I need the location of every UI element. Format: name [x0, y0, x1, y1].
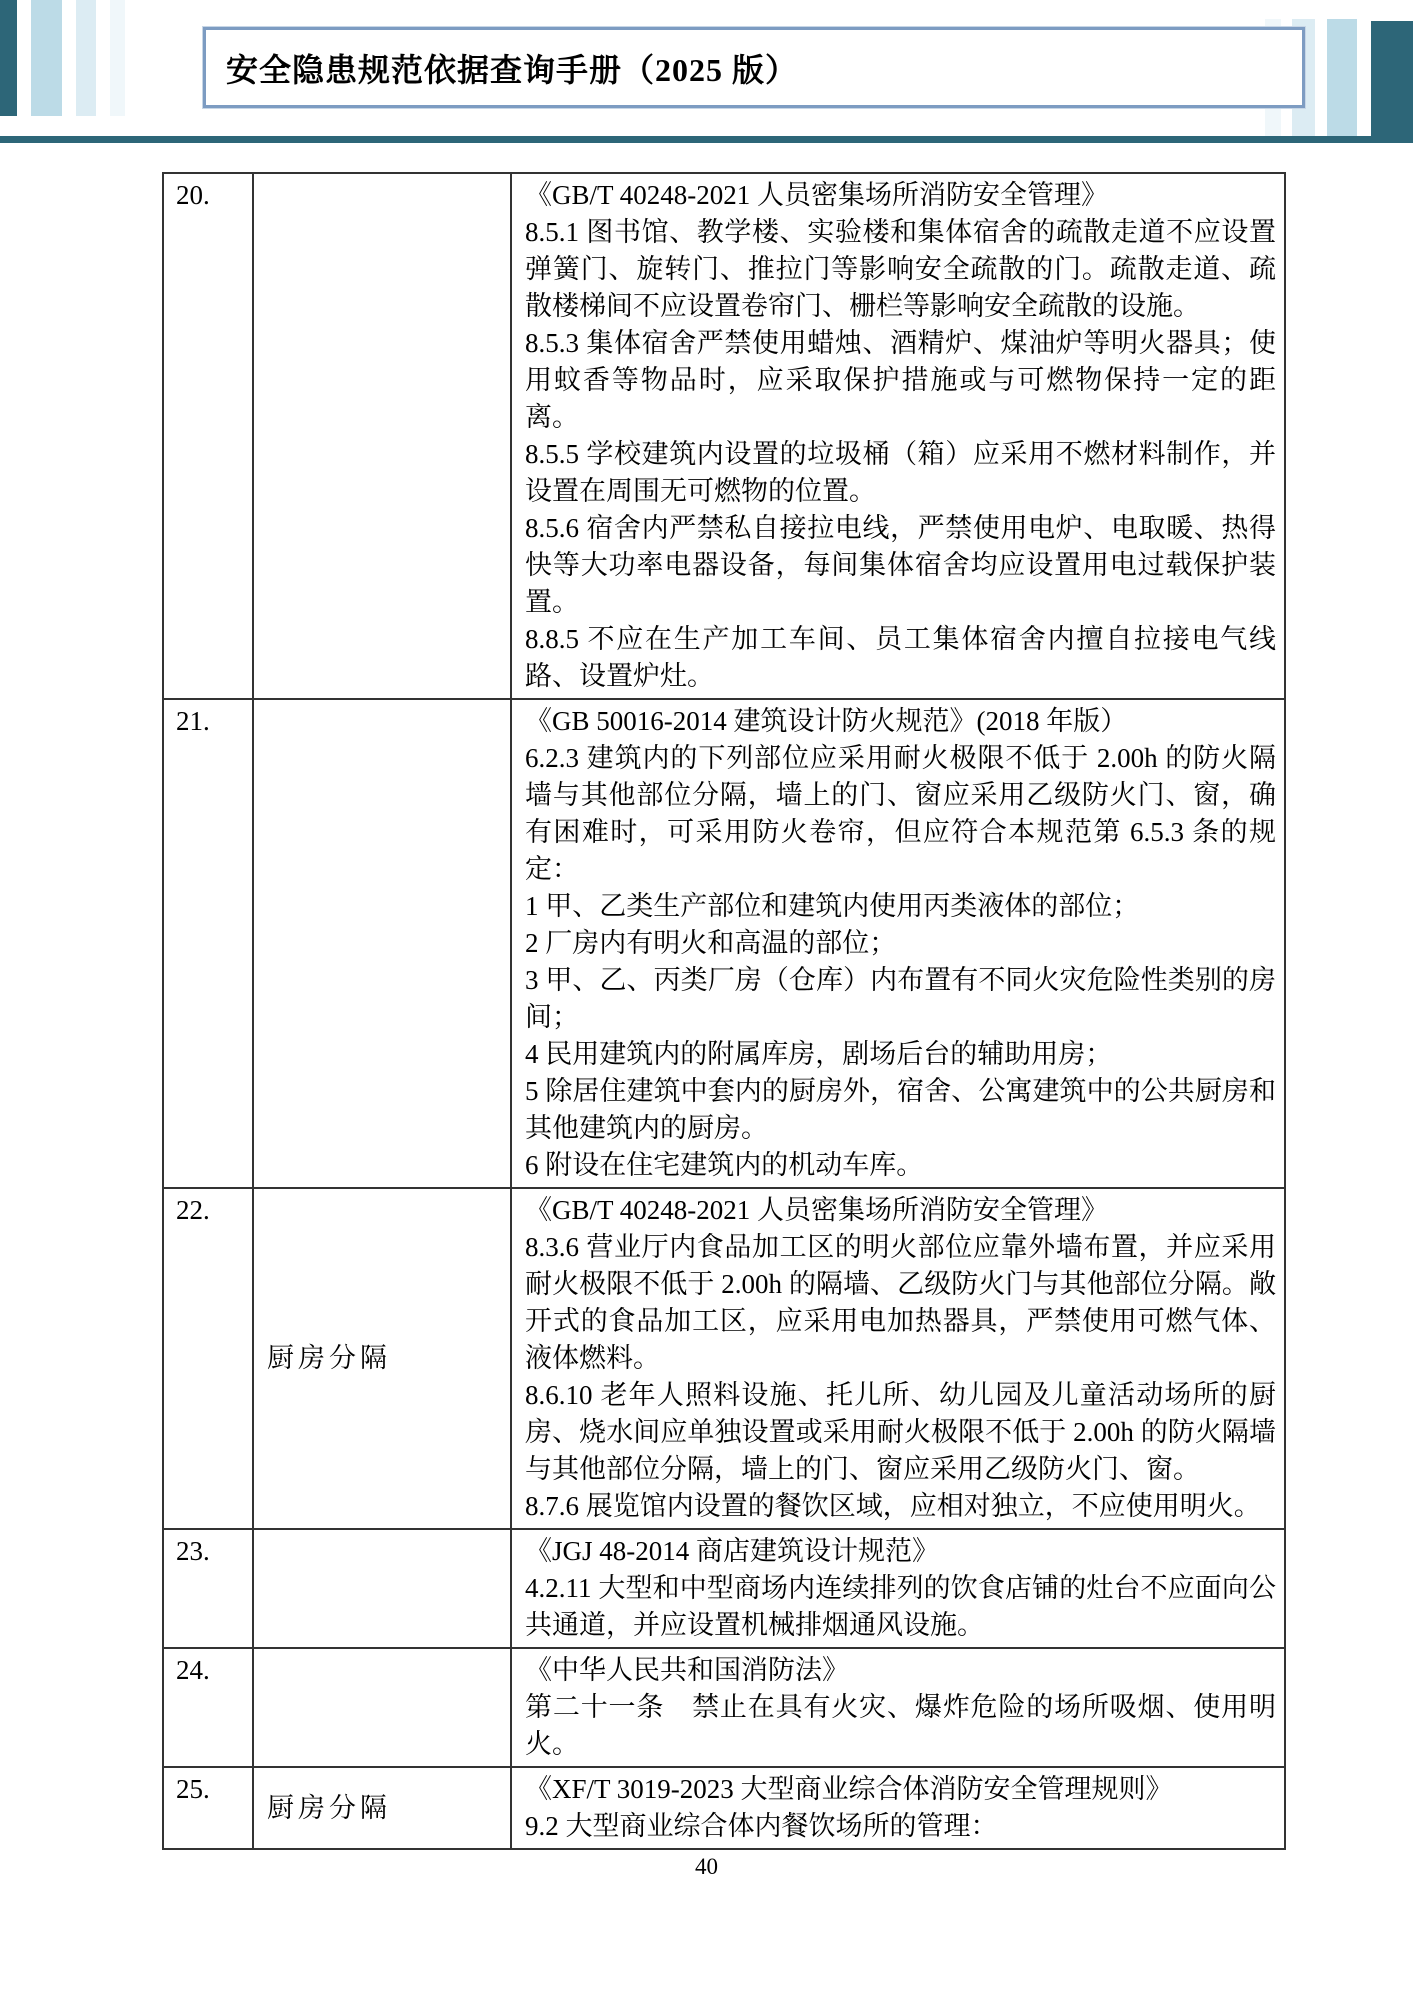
clause-text: 《中华人民共和国消防法》: [525, 1652, 1276, 1689]
page-number: 40: [0, 1854, 1413, 1880]
row-content: 《GB/T 40248-2021 人员密集场所消防安全管理》8.3.6 营业厅内…: [511, 1188, 1285, 1529]
decor-bar-right-dark: [1371, 21, 1413, 142]
clause-text: 8.3.6 营业厅内食品加工区的明火部位应靠外墙布置，并应采用耐火极限不低于 2…: [525, 1229, 1276, 1377]
clause-text: 8.8.5 不应在生产加工车间、员工集体宿舍内擅自拉接电气线路、设置炉灶。: [525, 621, 1276, 695]
decor-divider-bar: [0, 136, 1413, 143]
row-number: 21.: [163, 699, 253, 1188]
row-category: 厨房分隔: [253, 1767, 511, 1849]
clause-text: 4 民用建筑内的附属库房，剧场后台的辅助用房；: [525, 1036, 1276, 1073]
row-number: 25.: [163, 1767, 253, 1849]
row-content: 《JGJ 48-2014 商店建筑设计规范》4.2.11 大型和中型商场内连续排…: [511, 1529, 1285, 1648]
row-number: 24.: [163, 1648, 253, 1767]
clause-text: 《GB/T 40248-2021 人员密集场所消防安全管理》: [525, 177, 1276, 214]
clause-text: 《XF/T 3019-2023 大型商业综合体消防安全管理规则》: [525, 1771, 1276, 1808]
row-content: 《XF/T 3019-2023 大型商业综合体消防安全管理规则》9.2 大型商业…: [511, 1767, 1285, 1849]
decor-bar-left-dark: [0, 0, 17, 116]
decor-bar-left-light: [76, 0, 96, 116]
clause-text: 《GB 50016-2014 建筑设计防火规范》(2018 年版）: [525, 703, 1276, 740]
clause-text: 5 除居住建筑中套内的厨房外，宿舍、公寓建筑中的公共厨房和其他建筑内的厨房。: [525, 1073, 1276, 1147]
clause-text: 《GB/T 40248-2021 人员密集场所消防安全管理》: [525, 1192, 1276, 1229]
row-content: 《GB 50016-2014 建筑设计防火规范》(2018 年版）6.2.3 建…: [511, 699, 1285, 1188]
clause-text: 《JGJ 48-2014 商店建筑设计规范》: [525, 1533, 1276, 1570]
clause-text: 第二十一条 禁止在具有火灾、爆炸危险的场所吸烟、使用明火。: [525, 1689, 1276, 1763]
row-number: 20.: [163, 173, 253, 699]
clause-text: 9.2 大型商业综合体内餐饮场所的管理：: [525, 1808, 1276, 1845]
clause-text: 8.5.1 图书馆、教学楼、实验楼和集体宿舍的疏散走道不应设置弹簧门、旋转门、推…: [525, 214, 1276, 325]
clause-text: 2 厂房内有明火和高温的部位；: [525, 925, 1276, 962]
table-row: 24. 《中华人民共和国消防法》第二十一条 禁止在具有火灾、爆炸危险的场所吸烟、…: [163, 1648, 1285, 1767]
decor-bar-right-mid: [1327, 19, 1357, 137]
clause-text: 8.5.6 宿舍内严禁私自接拉电线，严禁使用电炉、电取暖、热得快等大功率电器设备…: [525, 510, 1276, 621]
regulations-table: 20. 《GB/T 40248-2021 人员密集场所消防安全管理》8.5.1 …: [162, 172, 1286, 1850]
regulations-table-body: 20. 《GB/T 40248-2021 人员密集场所消防安全管理》8.5.1 …: [163, 173, 1285, 1849]
page-header: 安全隐患规范依据查询手册（2025 版）: [203, 27, 1305, 108]
row-category: 厨房分隔: [253, 1188, 511, 1529]
clause-text: 4.2.11 大型和中型商场内连续排列的饮食店铺的灶台不应面向公共通道，并应设置…: [525, 1570, 1276, 1644]
table-row: 20. 《GB/T 40248-2021 人员密集场所消防安全管理》8.5.1 …: [163, 173, 1285, 699]
table-row: 23. 《JGJ 48-2014 商店建筑设计规范》4.2.11 大型和中型商场…: [163, 1529, 1285, 1648]
clause-text: 8.7.6 展览馆内设置的餐饮区域，应相对独立，不应使用明火。: [525, 1488, 1276, 1525]
clause-text: 3 甲、乙、丙类厂房（仓库）内布置有不同火灾危险性类别的房间；: [525, 962, 1276, 1036]
row-number: 23.: [163, 1529, 253, 1648]
clause-text: 6 附设在住宅建筑内的机动车库。: [525, 1147, 1276, 1184]
row-number: 22.: [163, 1188, 253, 1529]
row-content: 《中华人民共和国消防法》第二十一条 禁止在具有火灾、爆炸危险的场所吸烟、使用明火…: [511, 1648, 1285, 1767]
table-row: 21. 《GB 50016-2014 建筑设计防火规范》(2018 年版）6.2…: [163, 699, 1285, 1188]
clause-text: 6.2.3 建筑内的下列部位应采用耐火极限不低于 2.00h 的防火隔墙与其他部…: [525, 740, 1276, 888]
row-category: [253, 1529, 511, 1648]
table-row: 22. 厨房分隔 《GB/T 40248-2021 人员密集场所消防安全管理》8…: [163, 1188, 1285, 1529]
page-title: 安全隐患规范依据查询手册（2025 版）: [206, 45, 798, 91]
row-content: 《GB/T 40248-2021 人员密集场所消防安全管理》8.5.1 图书馆、…: [511, 173, 1285, 699]
row-category: [253, 699, 511, 1188]
table-row: 25. 厨房分隔 《XF/T 3019-2023 大型商业综合体消防安全管理规则…: [163, 1767, 1285, 1849]
decor-bar-left-mid: [31, 0, 62, 116]
clause-text: 8.6.10 老年人照料设施、托儿所、幼儿园及儿童活动场所的厨房、烧水间应单独设…: [525, 1377, 1276, 1488]
clause-text: 1 甲、乙类生产部位和建筑内使用丙类液体的部位；: [525, 888, 1276, 925]
clause-text: 8.5.5 学校建筑内设置的垃圾桶（箱）应采用不燃材料制作，并设置在周围无可燃物…: [525, 436, 1276, 510]
row-category: [253, 1648, 511, 1767]
decor-bar-left-faint: [110, 0, 125, 116]
row-category: [253, 173, 511, 699]
clause-text: 8.5.3 集体宿舍严禁使用蜡烛、酒精炉、煤油炉等明火器具；使用蚊香等物品时，应…: [525, 325, 1276, 436]
